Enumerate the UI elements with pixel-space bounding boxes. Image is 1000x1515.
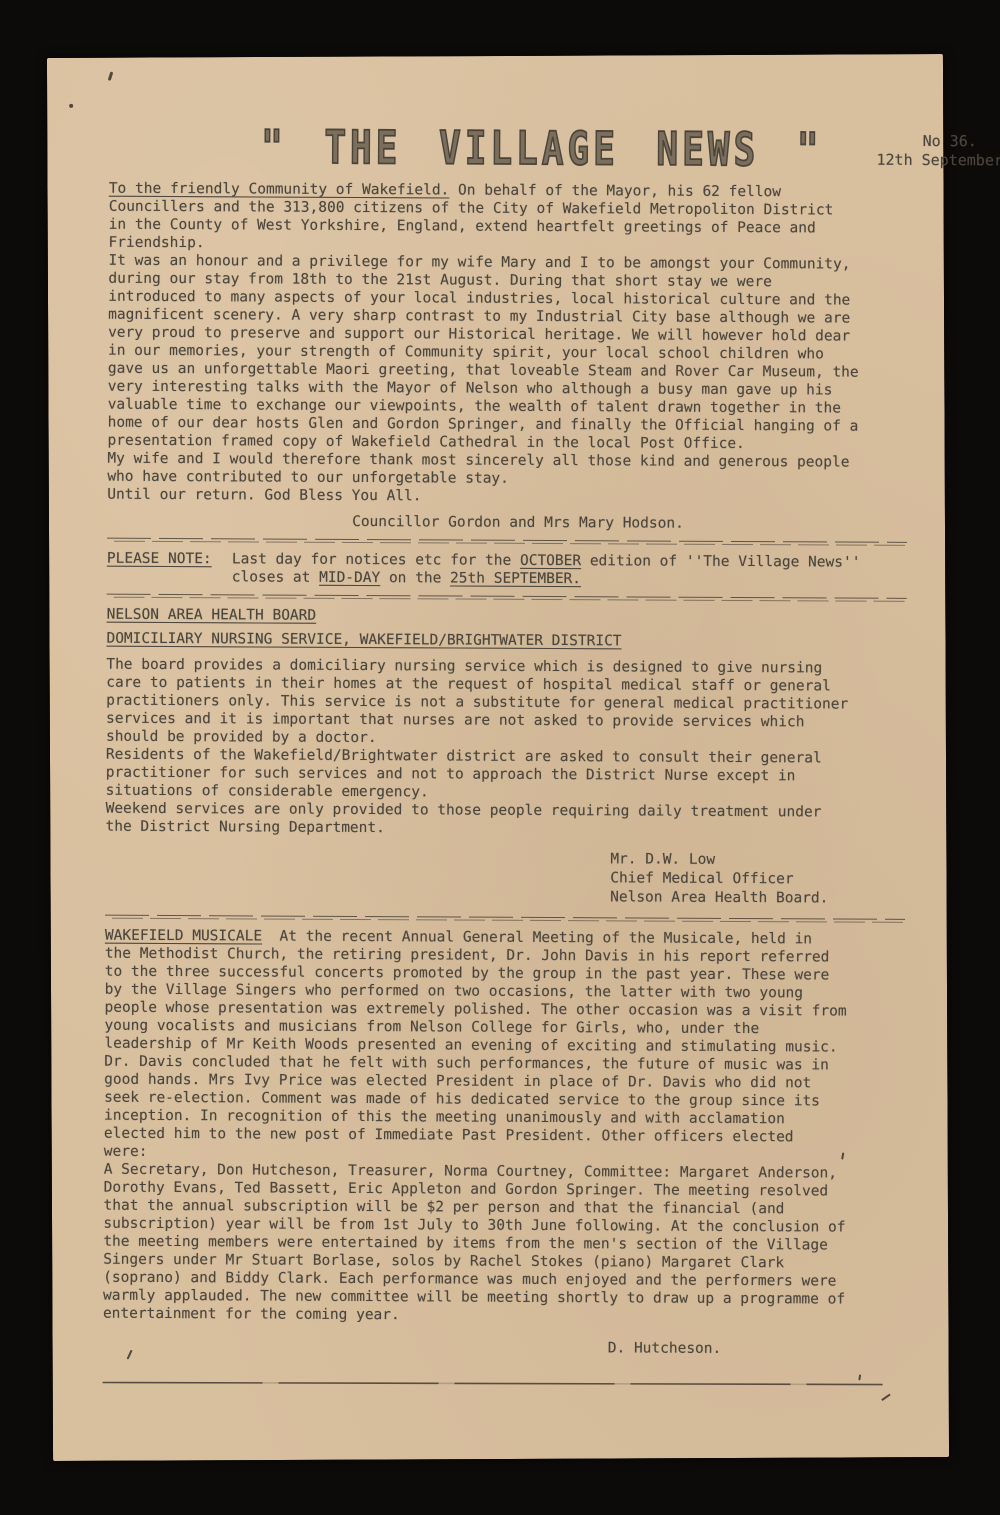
bottom-divider [103, 1382, 883, 1386]
musicale-section: WAKEFIELD MUSICALE At the recent Annual … [103, 927, 905, 1359]
issue-number: No 36. [923, 132, 1000, 152]
issue-date: 12th September 1986 [876, 151, 1000, 171]
letter-salutation: To the friendly Community of Wakefield. [109, 181, 450, 199]
ink-speck [69, 104, 73, 108]
please-note-section: PLEASE NOTE: Last day for notices etc fo… [107, 550, 907, 590]
scanned-document-background: { "masthead": { "title": "\" THE VILLAGE… [0, 0, 1000, 1515]
masthead: " THE VILLAGE NEWS " No 36. 12th Septemb… [109, 120, 909, 170]
signatory-org: Nelson Area Health Board. [610, 888, 905, 909]
please-note-label: PLEASE NOTE: [107, 550, 232, 587]
musicale-officers: A Secretary, Don Hutcheson, Treasurer, N… [103, 1161, 904, 1327]
musicale-signature: D. Hutcheson. [608, 1339, 903, 1359]
nursing-service-subheading: DOMICILIARY NURSING SERVICE, WAKEFIELD/B… [106, 630, 906, 652]
deadline-date: 25th SEPTEMBER. [450, 570, 581, 587]
health-board-body: The board provides a domiciliary nursing… [105, 656, 906, 840]
ink-speck [108, 71, 114, 80]
please-note-text: Last day for notices etc for the OCTOBER… [232, 550, 907, 590]
musicale-body: WAKEFIELD MUSICALE At the recent Annual … [104, 927, 905, 1165]
health-board-heading: NELSON AREA HEALTH BOARD [107, 606, 907, 628]
letter-opening: To the friendly Community of Wakefield. … [109, 180, 909, 256]
letter-body: It was an honour and a privilege for my … [107, 252, 908, 508]
health-board-section: NELSON AREA HEALTH BOARD DOMICILIARY NUR… [105, 606, 907, 909]
deadline-month: OCTOBER [520, 553, 581, 569]
divider [105, 915, 905, 923]
ink-speck [881, 1394, 890, 1401]
typed-content: " THE VILLAGE NEWS " No 36. 12th Septemb… [103, 120, 910, 1387]
signatory-name: Mr. D.W. Low [610, 850, 905, 871]
mayor-letter: To the friendly Community of Wakefield. … [107, 180, 909, 534]
musicale-heading: WAKEFIELD MUSICALE [105, 928, 262, 945]
deadline-time: MID-DAY [319, 570, 380, 586]
health-board-signature: Mr. D.W. Low Chief Medical Officer Nelso… [610, 850, 905, 909]
divider [107, 538, 907, 546]
newsletter-title: " THE VILLAGE NEWS " [261, 120, 823, 179]
letter-signature: Councillor Gordon and Mrs Mary Hodson. [352, 513, 907, 534]
divider [107, 594, 907, 602]
newsletter-page: " THE VILLAGE NEWS " No 36. 12th Septemb… [47, 54, 949, 1461]
signatory-title: Chief Medical Officer [610, 869, 905, 890]
issue-info: No 36. 12th September 1986 [876, 132, 1000, 171]
